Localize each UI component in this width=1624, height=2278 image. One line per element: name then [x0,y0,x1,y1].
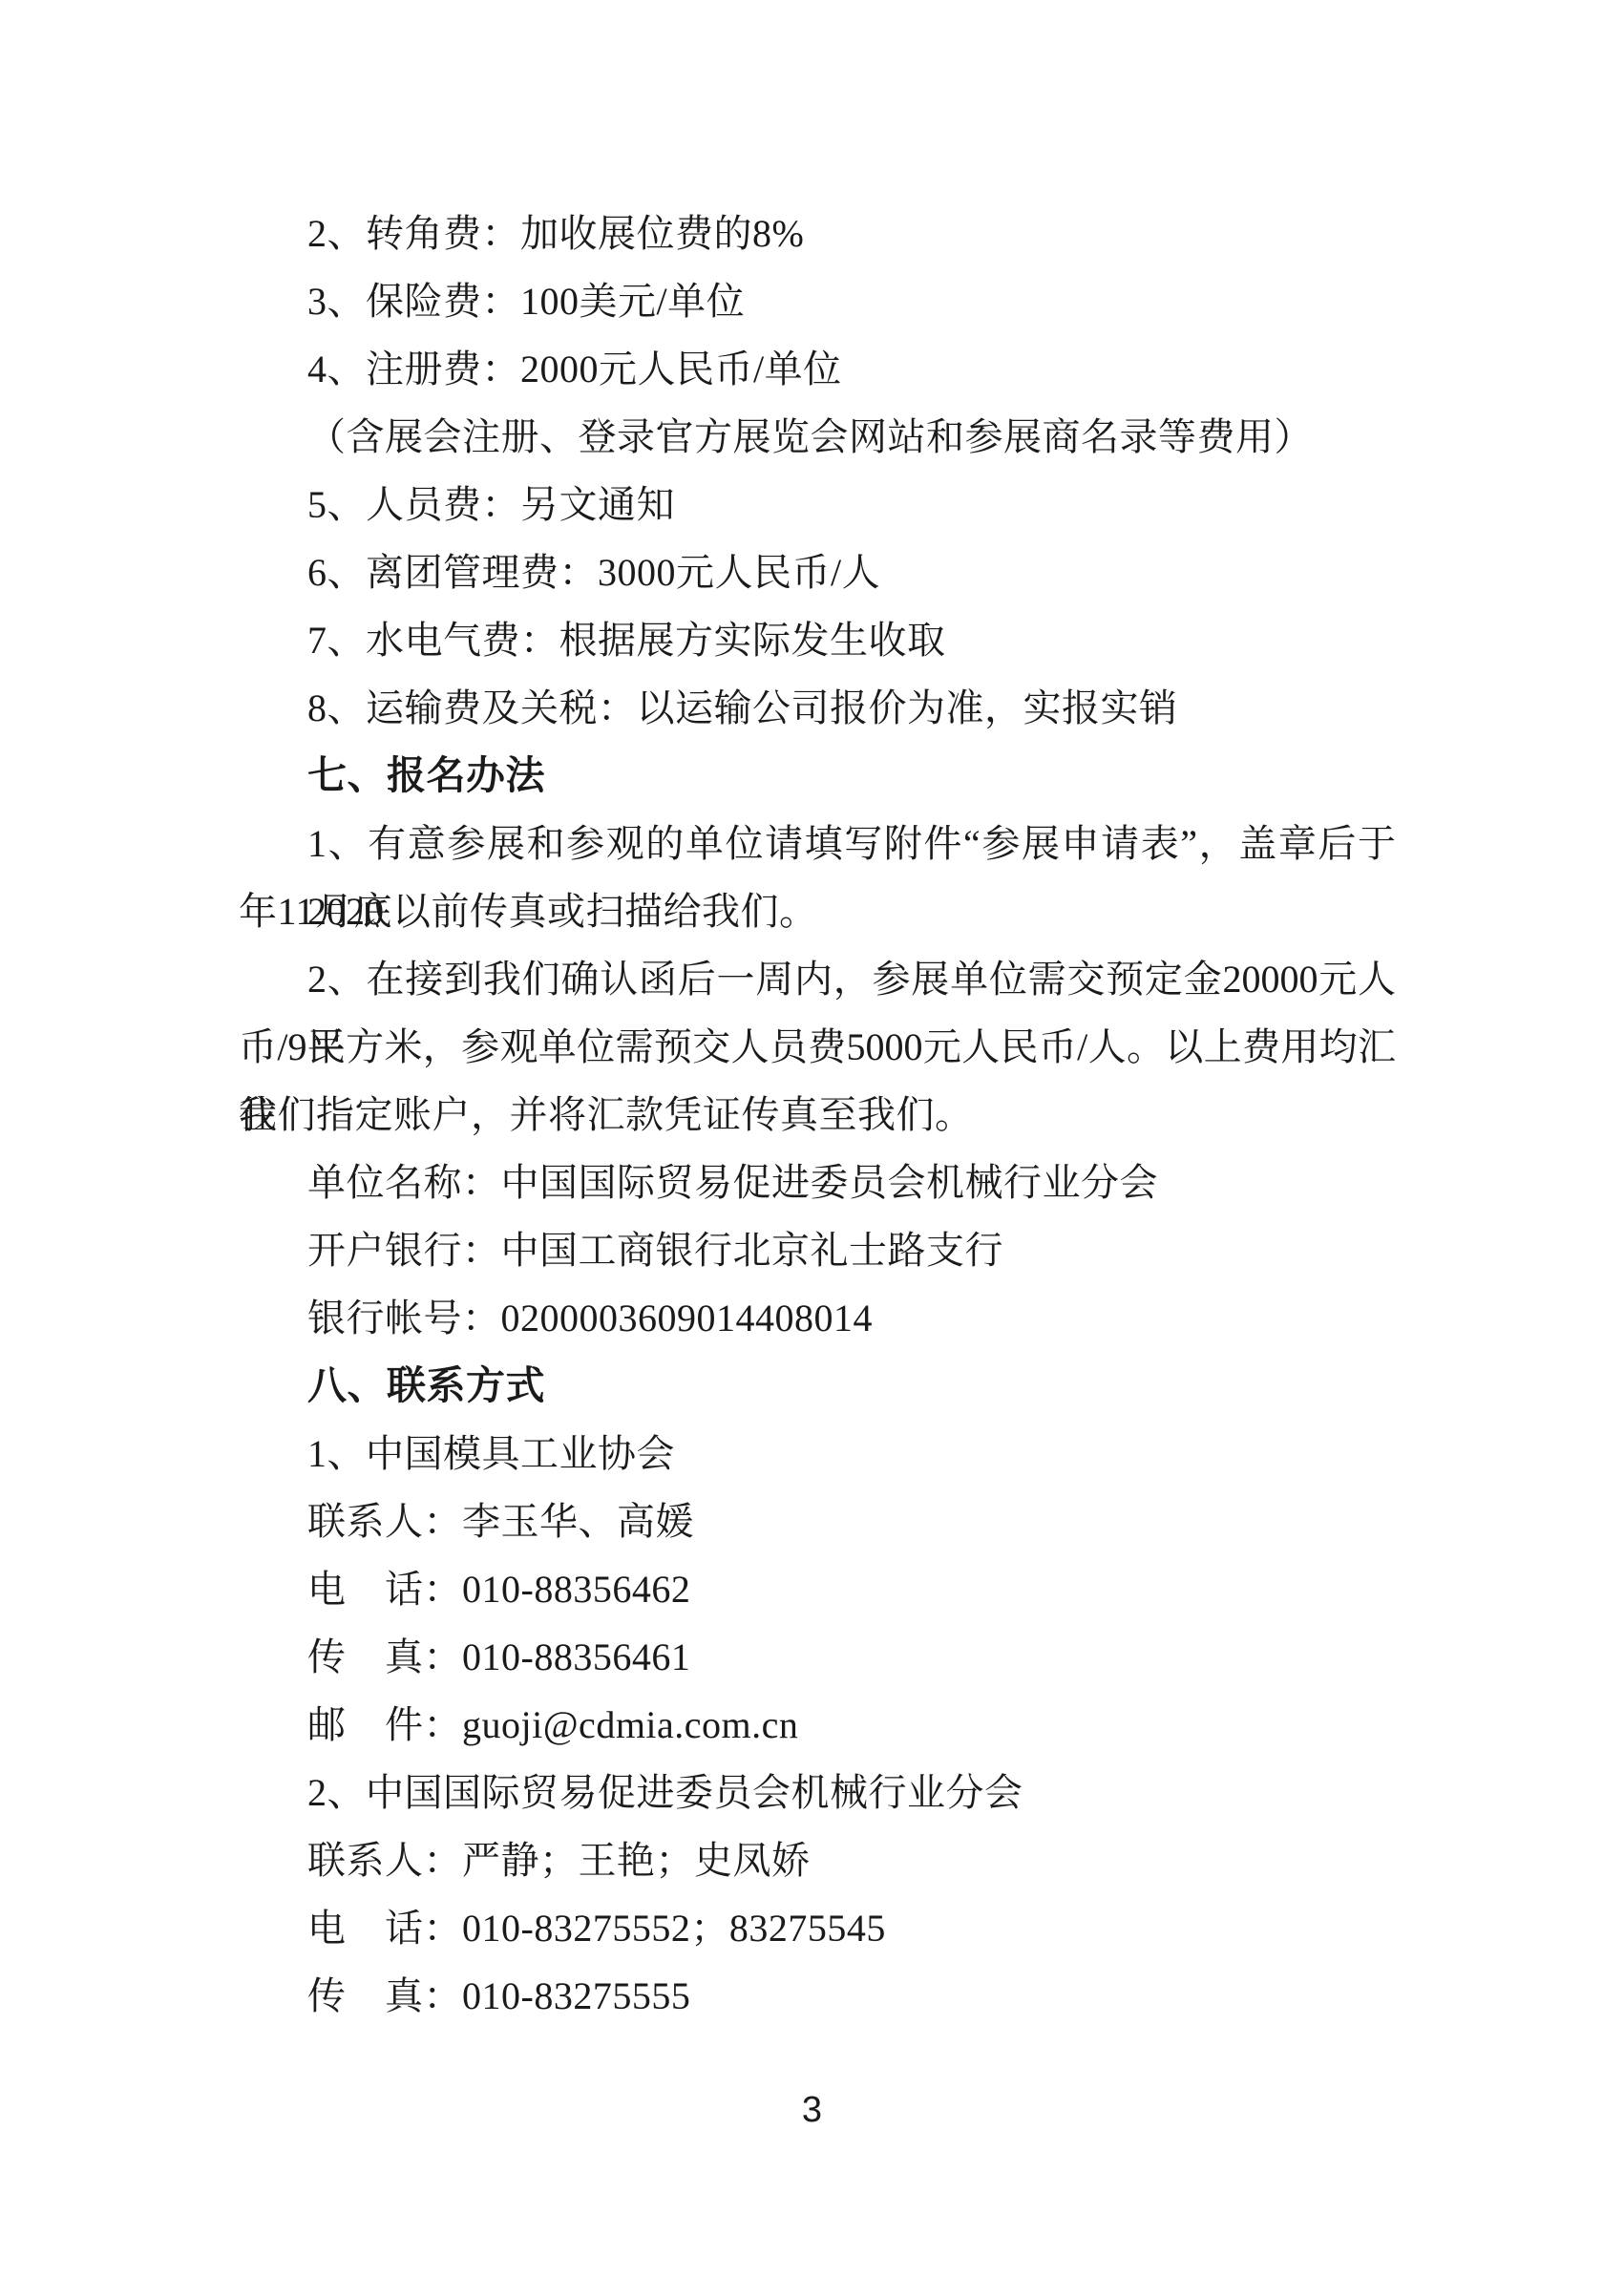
apply-para-2-line-2: 币/9平方米，参观单位需预交人员费5000元人民币/人。以上费用均汇往 [239,1013,1396,1081]
bank-name-line: 开户银行：中国工商银行北京礼士路支行 [239,1216,1396,1284]
apply-para-1-line-2: 年11月底以前传真或扫描给我们。 [239,877,1396,945]
contact-1-email-line: 邮 件：guoji@cdmia.com.cn [239,1691,1396,1759]
fee-item-3: 3、保险费：100美元/单位 [239,267,1396,335]
apply-para-1-line-1: 1、有意参展和参观的单位请填写附件“参展申请表”，盖章后于2020 [239,810,1396,877]
fee-item-7: 7、水电气费：根据展方实际发生收取 [239,606,1396,674]
bank-account-line: 银行帐号：0200003609014408014 [239,1284,1396,1352]
section-7-heading: 七、报名办法 [239,742,1396,810]
document-body: 2、转角费：加收展位费的8% 3、保险费：100美元/单位 4、注册费：2000… [239,200,1396,2030]
contact-2-fax-line: 传 真：010-83275555 [239,1962,1396,2030]
section-8-heading: 八、联系方式 [239,1352,1396,1420]
document-page: 2、转角费：加收展位费的8% 3、保险费：100美元/单位 4、注册费：2000… [0,0,1624,2278]
contact-1-fax-line: 传 真：010-88356461 [239,1623,1396,1691]
fee-item-8: 8、运输费及关税：以运输公司报价为准，实报实销 [239,674,1396,742]
contact-2-person-line: 联系人：严静；王艳；史凤娇 [239,1826,1396,1894]
contact-1-person-line: 联系人：李玉华、高媛 [239,1487,1396,1555]
fee-note-registration: （含展会注册、登录官方展览会网站和参展商名录等费用） [239,403,1396,471]
org-name-line: 单位名称：中国国际贸易促进委员会机械行业分会 [239,1149,1396,1216]
apply-para-2-line-1: 2、在接到我们确认函后一周内，参展单位需交预定金20000元人民 [239,945,1396,1013]
contact-2-phone-line: 电 话：010-83275552；83275545 [239,1894,1396,1962]
contact-1-org-line: 1、中国模具工业协会 [239,1420,1396,1487]
contact-2-org-line: 2、中国国际贸易促进委员会机械行业分会 [239,1759,1396,1826]
fee-item-2: 2、转角费：加收展位费的8% [239,200,1396,267]
fee-item-6: 6、离团管理费：3000元人民币/人 [239,538,1396,606]
apply-para-2-line-3: 我们指定账户，并将汇款凭证传真至我们。 [239,1081,1396,1149]
contact-1-phone-line: 电 话：010-88356462 [239,1555,1396,1623]
page-number: 3 [0,2087,1624,2133]
fee-item-5: 5、人员费：另文通知 [239,471,1396,538]
fee-item-4: 4、注册费：2000元人民币/单位 [239,335,1396,403]
